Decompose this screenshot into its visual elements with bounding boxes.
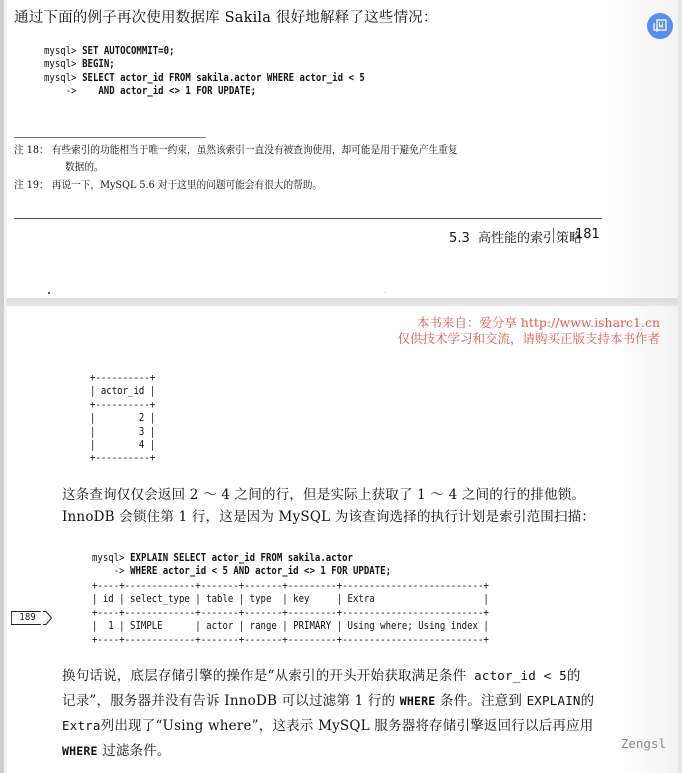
table-border: +----------+ bbox=[90, 372, 155, 384]
code-prompt: -> bbox=[44, 85, 98, 97]
scan-speck bbox=[48, 292, 50, 294]
text: 过滤条件。 bbox=[98, 743, 171, 759]
paragraph-lock-explanation-2: InnoDB 会锁住第 1 行，这是因为 MySQL 为该查询选择的执行计划是索… bbox=[62, 506, 595, 528]
user-signature-watermark: Zengsl bbox=[621, 736, 666, 751]
scan-speck bbox=[385, 292, 386, 293]
original-page-number: 189 bbox=[11, 611, 41, 625]
viewer-scrollbar-track[interactable] bbox=[678, 0, 682, 773]
footnote-19: 注 19： 再说一下，MySQL 5.6 对于这里的问题可能会有很大的帮助。 bbox=[14, 177, 322, 194]
footnote-text: 有些索引的功能相当于唯一约束，虽然该索引一直没有被查询使用，却可能是用于避免产生… bbox=[52, 144, 458, 156]
original-page-ref-tag: 189 bbox=[11, 611, 52, 625]
inline-code: Extra bbox=[62, 718, 101, 733]
table-border: +----+-------------+-------+-------+----… bbox=[92, 580, 489, 592]
text: 的 bbox=[581, 693, 595, 709]
paragraph-lock-explanation-1: 这条查询仅仅会返回 2 ～ 4 之间的行，但是实际上获取了 1 ～ 4 之间的行… bbox=[62, 484, 585, 506]
text: 列出现了“Using where”，这表示 MySQL 服务器将存储引擎返回行以… bbox=[101, 718, 594, 734]
paragraph-storage-engine-2: 记录”，服务器并没有告诉 InnoDB 可以过滤第 1 行的 WHERE 条件。… bbox=[62, 690, 594, 712]
code-prompt: mysql> bbox=[44, 45, 82, 57]
watermark-notice: 仅供技术学习和交流，请购买正版支持本书作者 bbox=[397, 329, 660, 347]
page-separator bbox=[7, 298, 678, 306]
footnote-label: 注 19： bbox=[14, 179, 49, 191]
code-command: AND actor_id <> 1 FOR UPDATE; bbox=[98, 85, 256, 97]
code-command: WHERE actor_id < 5 AND actor_id <> 1 FOR… bbox=[130, 565, 391, 577]
code-command: EXPLAIN SELECT actor_id FROM sakila.acto… bbox=[130, 552, 353, 564]
table-header: | id | select_type | table | type | key … bbox=[92, 593, 489, 605]
table-border: +----------+ bbox=[90, 399, 155, 411]
text: 条件。注意到 bbox=[435, 693, 526, 709]
text: 记录”，服务器并没有告诉 InnoDB 可以过滤第 1 行的 bbox=[62, 693, 400, 709]
paragraph-storage-engine-1: 换句话说，底层存储引擎的操作是“从索引的开头开始获取满足条件 actor_id … bbox=[62, 665, 581, 687]
code-command: SET AUTOCOMMIT=0; bbox=[82, 45, 174, 57]
inline-code: WHERE bbox=[400, 694, 436, 708]
arrow-tag-icon bbox=[43, 611, 52, 625]
footnote-text: 再说一下，MySQL 5.6 对于这里的问题可能会有很大的帮助。 bbox=[52, 179, 322, 191]
extract-bookmark-icon bbox=[652, 19, 668, 33]
inline-code: WHERE bbox=[62, 744, 98, 758]
inline-code: actor_id < 5 bbox=[466, 668, 566, 683]
code-block-explain: mysql> EXPLAIN SELECT actor_id FROM saki… bbox=[92, 552, 391, 579]
table-row: | 2 | bbox=[90, 412, 155, 424]
table-border: +----------+ bbox=[90, 452, 155, 464]
code-prompt: mysql> bbox=[44, 58, 82, 70]
code-block-autocommit: mysql> SET AUTOCOMMIT=0; mysql> BEGIN; m… bbox=[44, 45, 365, 99]
result-table-actor-id: +----------+ | actor_id | +----------+ |… bbox=[90, 372, 155, 466]
paragraph-storage-engine-3: Extra列出现了“Using where”，这表示 MySQL 服务器将存储引… bbox=[62, 715, 594, 737]
code-prompt: -> bbox=[92, 565, 130, 577]
inline-code: EXPLAIN bbox=[527, 693, 581, 708]
table-header: | actor_id | bbox=[90, 385, 155, 397]
code-prompt: mysql> bbox=[44, 72, 82, 84]
footnote-18-continued: 数据的。 bbox=[65, 159, 104, 176]
paragraph-storage-engine-4: WHERE 过滤条件。 bbox=[62, 740, 171, 762]
code-command: SELECT actor_id FROM sakila.actor WHERE … bbox=[82, 72, 365, 84]
footnote-divider bbox=[14, 137, 206, 138]
text: 的 bbox=[567, 668, 581, 684]
running-header-section: 5.3 高性能的索引策略 bbox=[449, 227, 582, 246]
table-border: +----+-------------+-------+-------+----… bbox=[92, 607, 489, 619]
text: 换句话说，底层存储引擎的操作是“从索引的开头开始获取满足条件 bbox=[62, 668, 466, 684]
code-command: BEGIN; bbox=[82, 58, 115, 70]
table-row: | 1 | SIMPLE | actor | range | PRIMARY |… bbox=[92, 620, 489, 632]
table-row: | 4 | bbox=[90, 439, 155, 451]
extract-page-button[interactable] bbox=[647, 13, 673, 39]
code-prompt: mysql> bbox=[92, 552, 130, 564]
table-border: +----+-------------+-------+-------+----… bbox=[92, 634, 489, 646]
intro-paragraph: 通过下面的例子再次使用数据库 Sakila 很好地解释了这些情况： bbox=[14, 6, 438, 27]
footnote-18: 注 18： 有些索引的功能相当于唯一约束，虽然该索引一直没有被查询使用，却可能是… bbox=[14, 142, 457, 159]
footnote-label: 注 18： bbox=[14, 144, 49, 156]
running-header-rule bbox=[14, 218, 602, 219]
table-row: | 3 | bbox=[90, 426, 155, 438]
running-header-separator bbox=[553, 228, 554, 243]
page-number: 181 bbox=[575, 227, 600, 242]
explain-result-table: +----+-------------+-------+-------+----… bbox=[92, 580, 489, 647]
